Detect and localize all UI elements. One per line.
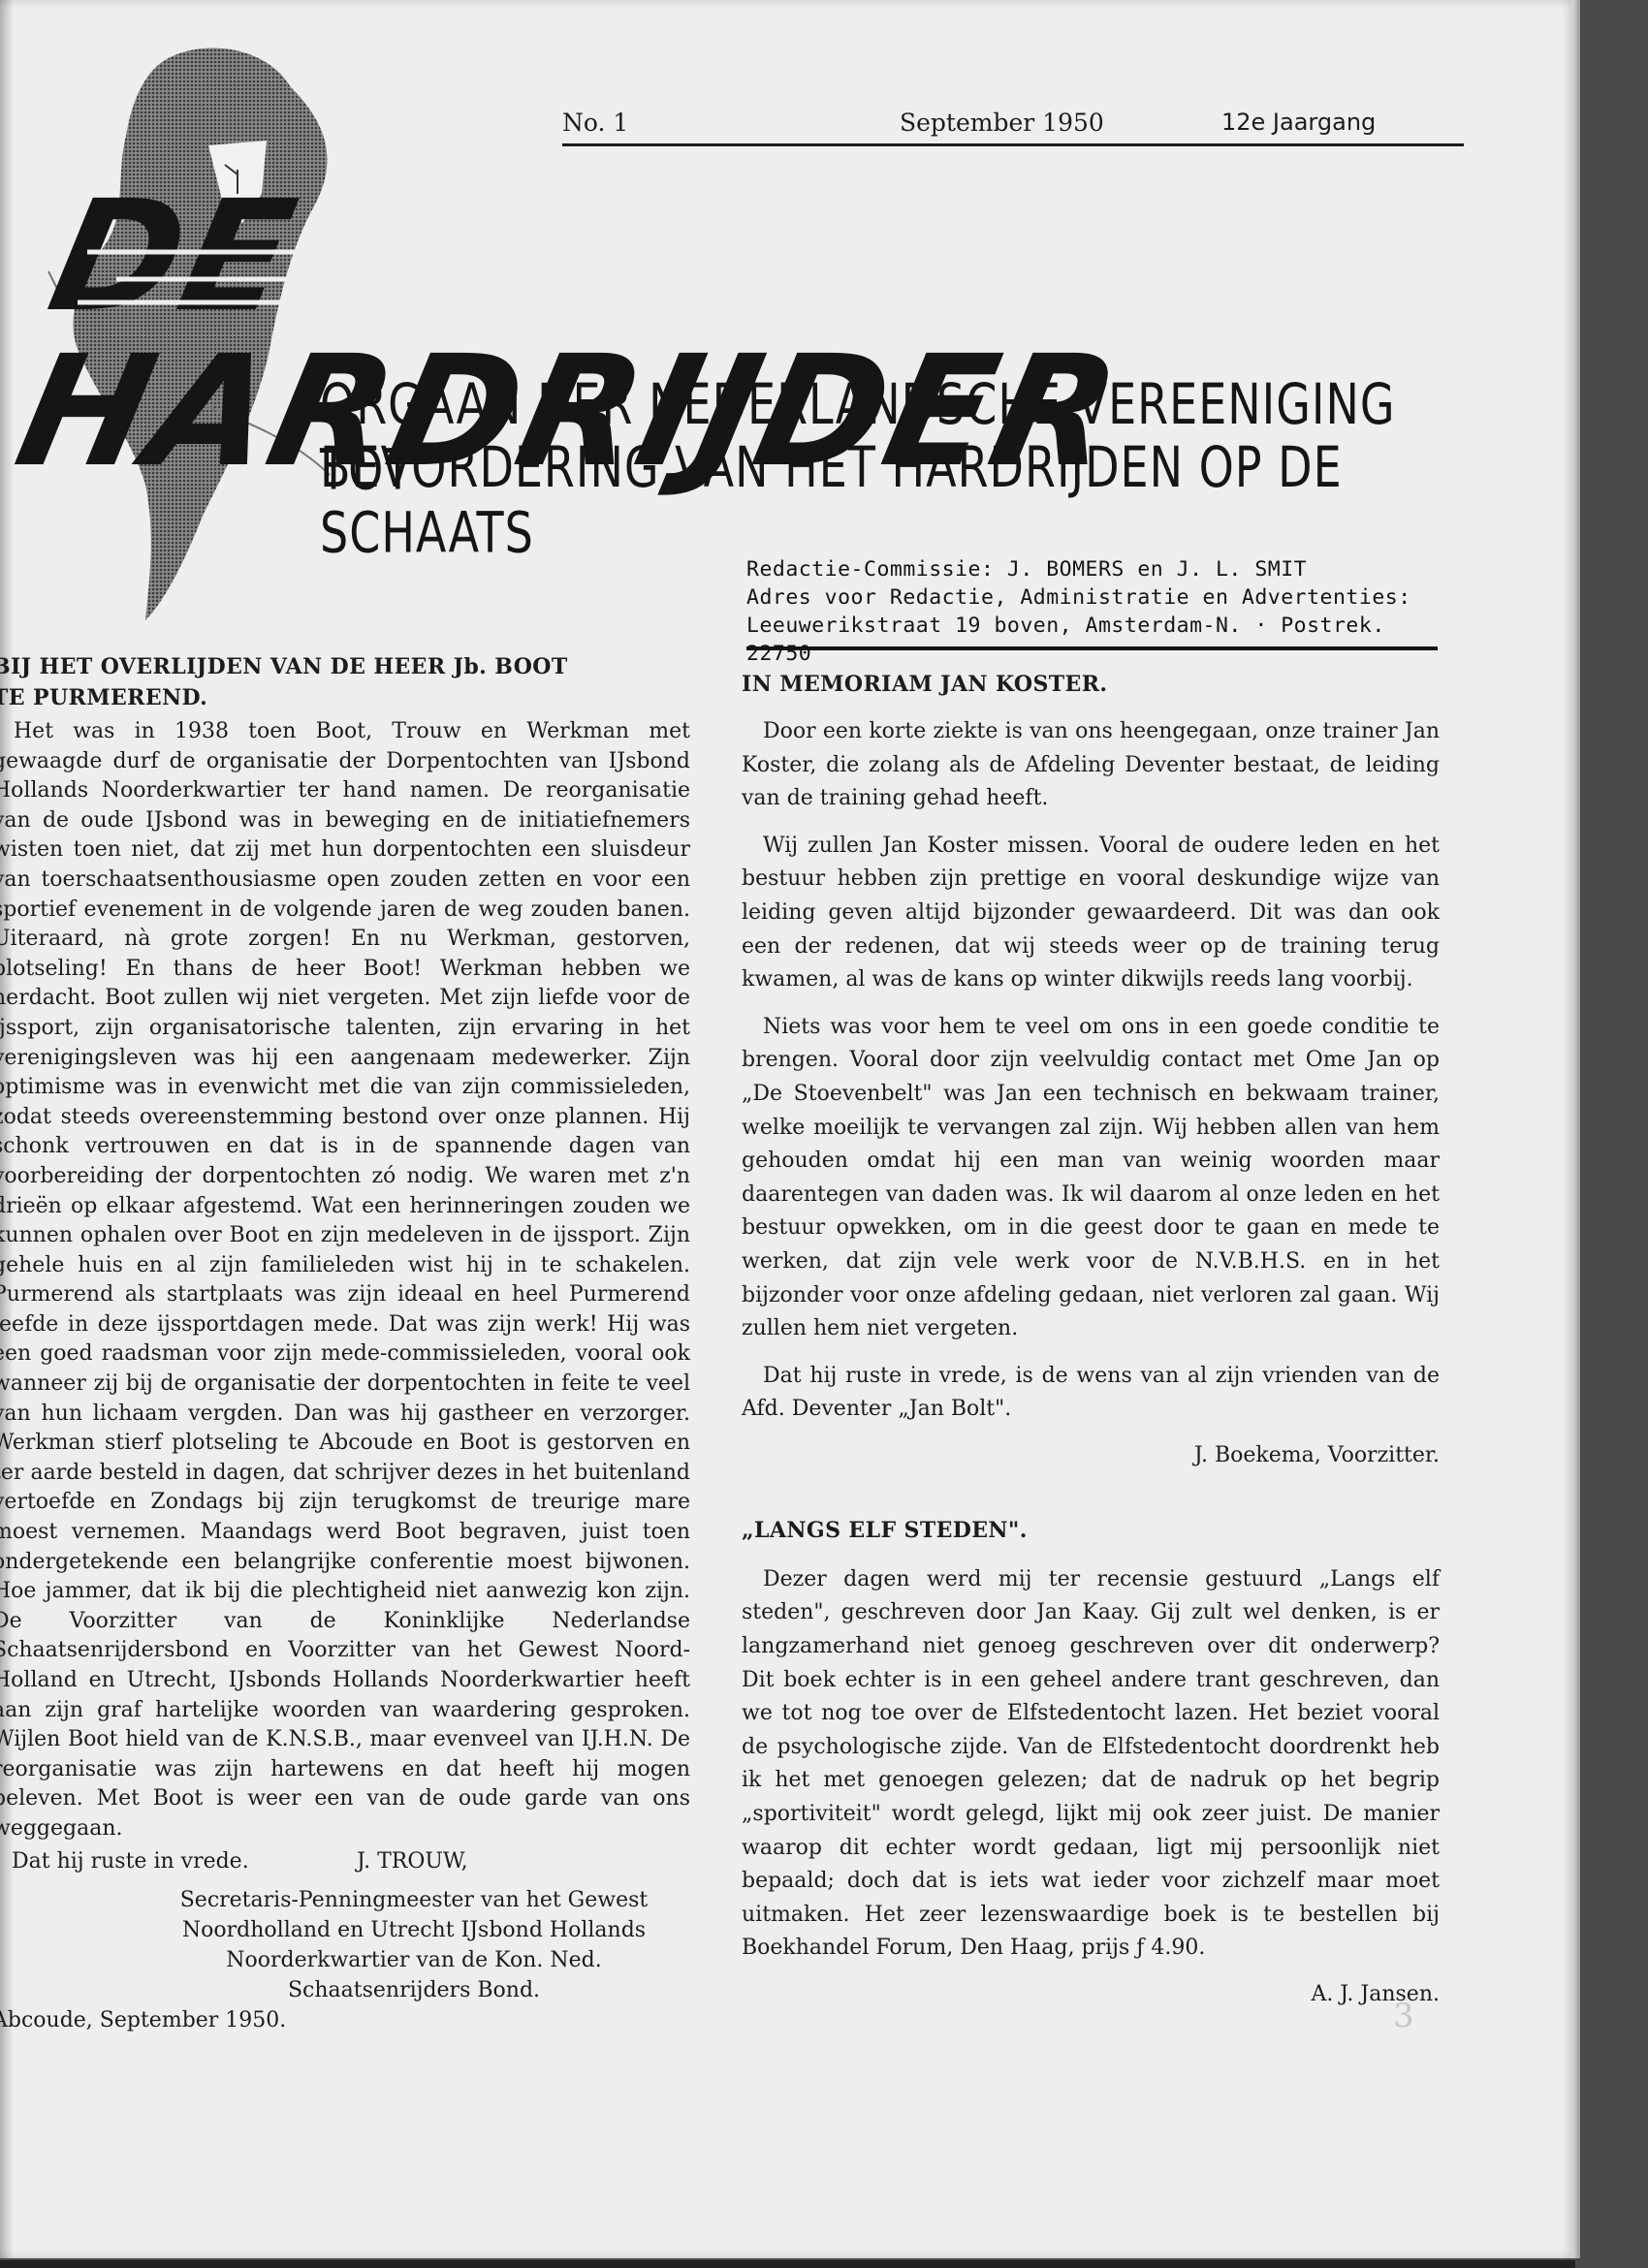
newsletter-page: No. 1 September 1950 12e Jaargang DE HAR… <box>0 0 1575 2258</box>
article-paragraph: Door een korte ziekte is van ons heengeg… <box>742 715 1440 816</box>
issue-number: No. 1 <box>562 109 628 137</box>
colophon: Redactie-Commissie: J. BOMERS en J. L. S… <box>746 555 1444 668</box>
subtitle-line-2: BEVORDERING VAN HET HARDRIJDEN OP DE SCH… <box>320 434 1435 565</box>
signer-title-3: Noorderkwartier van de Kon. Ned. <box>0 1945 690 1975</box>
signer-name: J. Boekema, Voorzitter. <box>742 1440 1440 1470</box>
article-heading-cont: TE PURMEREND. <box>0 682 690 713</box>
colophon-editors: Redactie-Commissie: J. BOMERS en J. L. S… <box>746 555 1444 583</box>
issue-date: September 1950 <box>900 109 1104 137</box>
page-number: 3 <box>1393 1997 1414 2035</box>
closing-line: Dat hij ruste in vrede. <box>12 1846 249 1876</box>
colophon-rule <box>746 646 1438 650</box>
article-heading: IN MEMORIAM JAN KOSTER. <box>742 669 1440 700</box>
article-heading: BIJ HET OVERLIJDEN VAN DE HEER Jb. BOOT <box>0 651 690 682</box>
article-paragraph: Wij zullen Jan Koster missen. Vooral de … <box>742 830 1440 997</box>
masthead-meta: No. 1 September 1950 12e Jaargang <box>562 109 1464 147</box>
article-koster: IN MEMORIAM JAN KOSTER. Door een korte z… <box>742 669 1440 2009</box>
article-body: Het was in 1938 toen Boot, Trouw en Werk… <box>0 717 690 1844</box>
article-boot: BIJ HET OVERLIJDEN VAN DE HEER Jb. BOOT … <box>0 651 690 2035</box>
colophon-address-label: Adres voor Redactie, Administratie en Ad… <box>746 583 1444 612</box>
article-heading: „LANGS ELF STEDEN". <box>742 1515 1440 1546</box>
place-date: Abcoude, September 1950. <box>0 2005 690 2035</box>
signer-title-4: Schaatsenrijders Bond. <box>0 1975 690 2005</box>
signer-title-1: Secretaris-Penningmeester van het Gewest <box>0 1885 690 1915</box>
masthead-rule <box>562 143 1464 146</box>
volume: 12e Jaargang <box>1221 109 1376 136</box>
signer-name: J. TROUW, <box>357 1846 468 1876</box>
article-paragraph: Dat hij ruste in vrede, is de wens van a… <box>742 1360 1440 1427</box>
article-body: Dezer dagen werd mij ter recensie gestuu… <box>742 1563 1440 1966</box>
signer-title-2: Noordholland en Utrecht IJsbond Hollands <box>0 1915 690 1945</box>
newsletter-title: DE HARDRIJDER <box>39 179 1429 334</box>
page-edge <box>1572 0 1580 2258</box>
colophon-address: Leeuwerikstraat 19 boven, Amsterdam-N. ·… <box>746 612 1444 668</box>
article-paragraph: Niets was voor hem te veel om ons in een… <box>742 1011 1440 1346</box>
scanner-bottom-edge <box>0 2260 1575 2268</box>
signer-name: A. J. Jansen. <box>742 1979 1440 2009</box>
